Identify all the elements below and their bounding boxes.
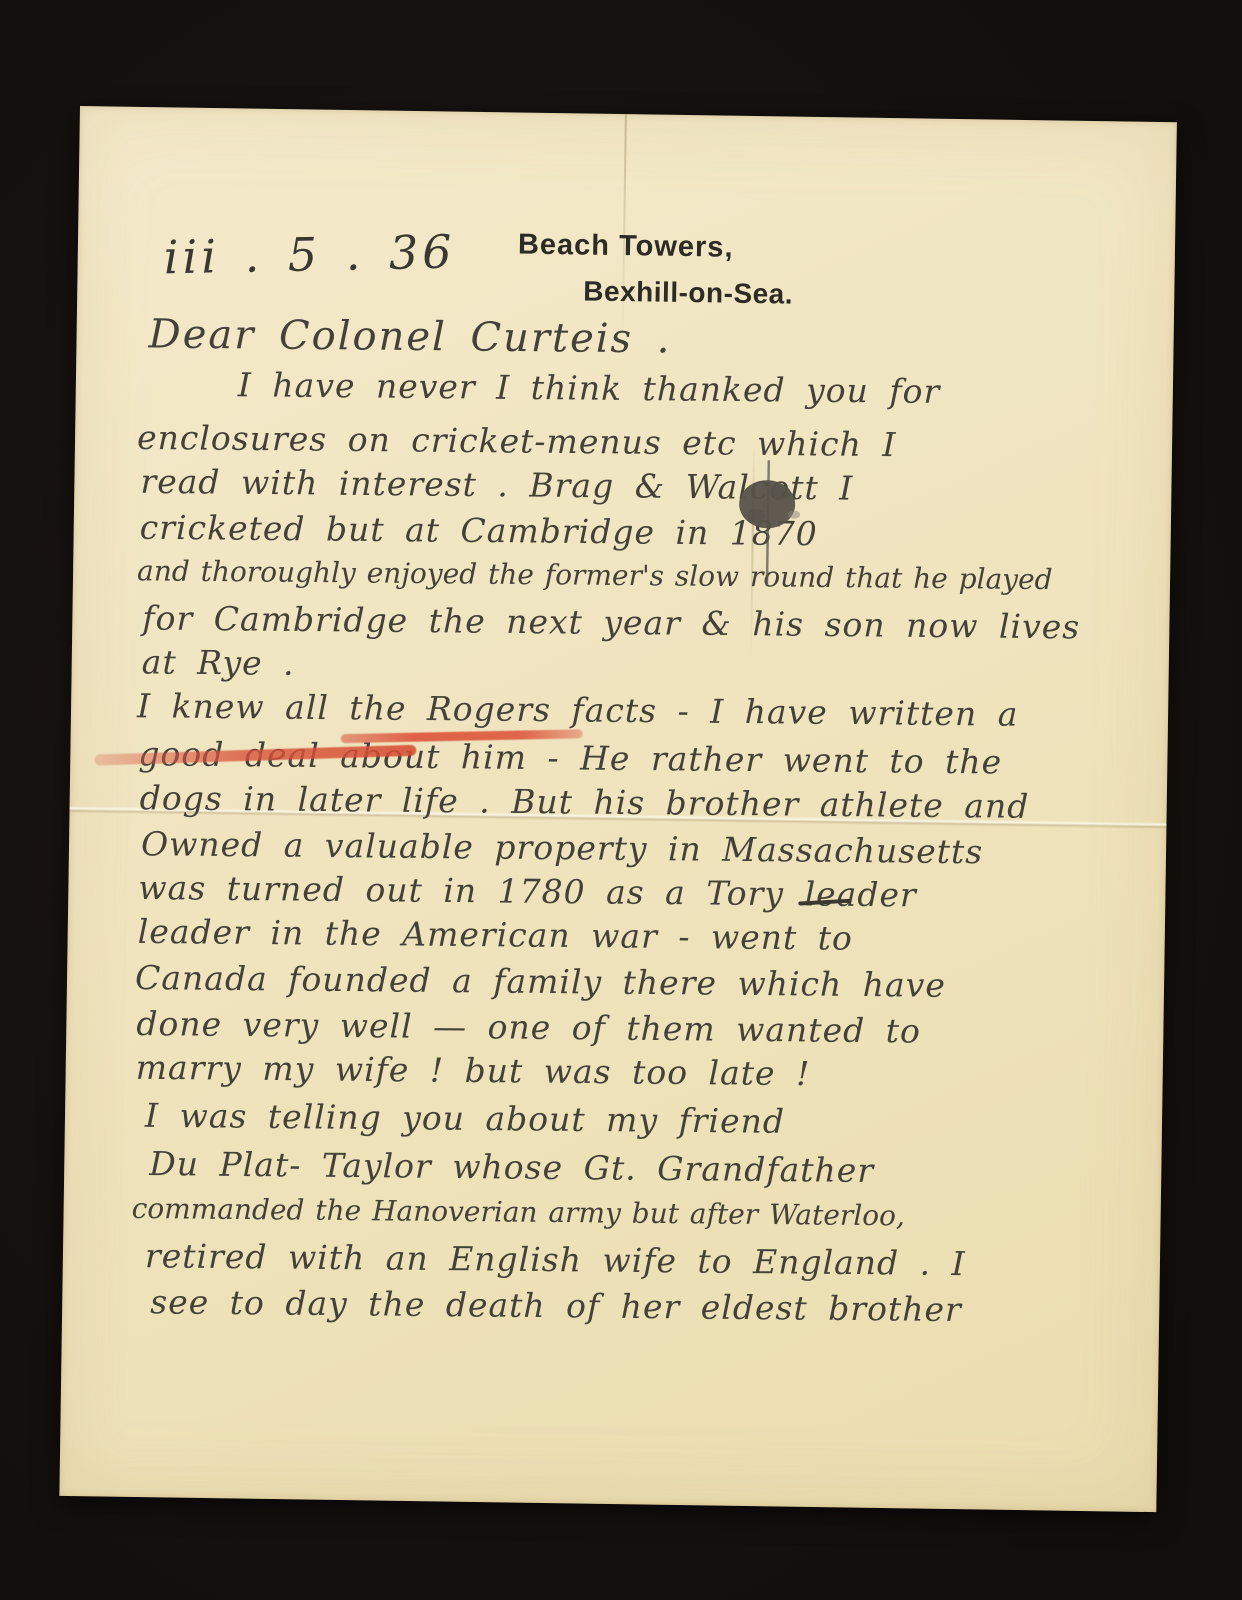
photo-background: Beach Towers, Bexhill-on-Sea. iii . 5 . …	[0, 0, 1242, 1600]
handwriting-line: retired with an English wife to England …	[145, 1239, 966, 1280]
handwriting-line: leader in the American war - went to	[138, 915, 853, 955]
handwriting-line: Canada founded a family there which have	[135, 961, 946, 1002]
letterhead-address-line2: Bexhill-on-Sea.	[583, 275, 793, 310]
handwriting-line: I knew all the Rogers facts - I have wri…	[137, 689, 1019, 730]
handwriting-line: and thoroughly enjoyed the former's slow…	[137, 557, 1053, 594]
printed-letterhead: Beach Towers, Bexhill-on-Sea.	[517, 229, 794, 311]
handwriting-line: marry my wife ! but was too late !	[136, 1051, 811, 1090]
handwriting-line: dogs in later life . But his brother ath…	[140, 781, 1030, 823]
handwriting-line: Owned a valuable property in Massachuset…	[141, 827, 983, 868]
ink-blot	[721, 454, 819, 595]
handwriting-line: for Cambridge the next year & his son no…	[142, 601, 1080, 643]
letterhead-address-line1: Beach Towers,	[518, 229, 794, 266]
handwriting-line: done very well — one of them wanted to	[136, 1007, 921, 1048]
handwriting-line: I have never I think thanked you for	[238, 368, 941, 408]
handwriting-line: at Rye .	[142, 645, 295, 679]
handwriting-line: I was telling you about my friend	[145, 1099, 785, 1138]
handwriting-line: commanded the Hanoverian army but after …	[132, 1195, 905, 1230]
handwritten-date: iii . 5 . 36	[163, 229, 456, 281]
letter-paper: Beach Towers, Bexhill-on-Sea. iii . 5 . …	[59, 106, 1176, 1512]
handwriting-line: cricketed but at Cambridge in 1870	[140, 511, 818, 551]
handwriting-line: see to day the death of her eldest broth…	[150, 1285, 962, 1326]
handwriting-line: Du Plat- Taylor whose Gt. Grandfather	[149, 1147, 874, 1187]
salutation-line: Dear Colonel Curteis .	[148, 314, 671, 359]
